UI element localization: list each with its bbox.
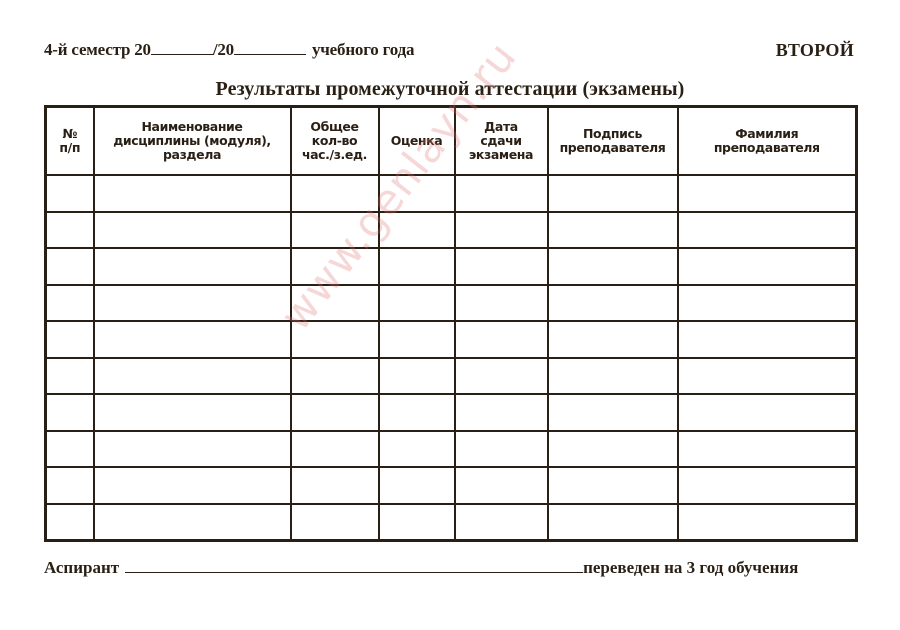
cell-hours[interactable] (291, 431, 379, 468)
year-start-field[interactable] (151, 40, 213, 55)
cell-hours[interactable] (291, 285, 379, 322)
cell-grade[interactable] (379, 175, 455, 212)
cell-teacher-signature[interactable] (548, 212, 678, 249)
cell-number[interactable] (46, 504, 94, 541)
student-name-field[interactable] (125, 557, 583, 573)
cell-discipline[interactable] (94, 248, 291, 285)
cell-exam-date[interactable] (455, 285, 548, 322)
cell-discipline[interactable] (94, 467, 291, 504)
cell-hours[interactable] (291, 467, 379, 504)
cell-grade[interactable] (379, 285, 455, 322)
cell-exam-date[interactable] (455, 212, 548, 249)
cell-hours[interactable] (291, 175, 379, 212)
academic-year-suffix: учебного года (312, 40, 414, 59)
cell-exam-date[interactable] (455, 248, 548, 285)
table-header-row: № п/п Наименование дисциплины (модуля), … (46, 107, 857, 176)
table-row (46, 285, 857, 322)
cell-number[interactable] (46, 467, 94, 504)
cell-discipline[interactable] (94, 504, 291, 541)
year-separator: /20 (213, 40, 234, 59)
exam-results-table: № п/п Наименование дисциплины (модуля), … (44, 105, 858, 542)
cell-teacher-surname[interactable] (678, 321, 857, 358)
footer-line: Аспирантпереведен на 3 год обучения (44, 557, 798, 578)
cell-teacher-signature[interactable] (548, 358, 678, 395)
cell-teacher-surname[interactable] (678, 358, 857, 395)
cell-teacher-signature[interactable] (548, 248, 678, 285)
cell-teacher-signature[interactable] (548, 504, 678, 541)
cell-hours[interactable] (291, 248, 379, 285)
page-title: Результаты промежуточной аттестации (экз… (0, 78, 900, 101)
cell-number[interactable] (46, 212, 94, 249)
table-row (46, 394, 857, 431)
cell-exam-date[interactable] (455, 394, 548, 431)
cell-grade[interactable] (379, 248, 455, 285)
cell-number[interactable] (46, 394, 94, 431)
cell-hours[interactable] (291, 321, 379, 358)
table-row (46, 321, 857, 358)
table-row (46, 358, 857, 395)
cell-grade[interactable] (379, 212, 455, 249)
cell-teacher-surname[interactable] (678, 212, 857, 249)
cell-exam-date[interactable] (455, 504, 548, 541)
cell-teacher-signature[interactable] (548, 321, 678, 358)
cell-grade[interactable] (379, 321, 455, 358)
cell-discipline[interactable] (94, 321, 291, 358)
table-row (46, 431, 857, 468)
cell-teacher-surname[interactable] (678, 431, 857, 468)
cell-teacher-surname[interactable] (678, 285, 857, 322)
cell-discipline[interactable] (94, 212, 291, 249)
table-row (46, 175, 857, 212)
column-header-teacher-surname: Фамилия преподавателя (678, 107, 857, 176)
semester-line: 4-й семестр 20/20учебного года (44, 40, 414, 60)
cell-hours[interactable] (291, 504, 379, 541)
cell-exam-date[interactable] (455, 321, 548, 358)
cell-teacher-signature[interactable] (548, 394, 678, 431)
cell-grade[interactable] (379, 394, 455, 431)
cell-number[interactable] (46, 358, 94, 395)
cell-number[interactable] (46, 248, 94, 285)
cell-teacher-surname[interactable] (678, 175, 857, 212)
cell-teacher-surname[interactable] (678, 504, 857, 541)
cell-discipline[interactable] (94, 431, 291, 468)
semester-prefix: 4-й семестр 20 (44, 40, 151, 59)
cell-teacher-signature[interactable] (548, 285, 678, 322)
table-row (46, 504, 857, 541)
cell-teacher-signature[interactable] (548, 467, 678, 504)
cell-teacher-surname[interactable] (678, 467, 857, 504)
table-body (46, 175, 857, 541)
cell-exam-date[interactable] (455, 431, 548, 468)
year-end-field[interactable] (234, 40, 306, 55)
column-header-hours: Общее кол-во час./з.ед. (291, 107, 379, 176)
column-header-exam-date: Дата сдачи экзамена (455, 107, 548, 176)
cell-number[interactable] (46, 431, 94, 468)
cell-teacher-signature[interactable] (548, 175, 678, 212)
cell-number[interactable] (46, 285, 94, 322)
cell-teacher-surname[interactable] (678, 394, 857, 431)
cell-teacher-signature[interactable] (548, 431, 678, 468)
cell-discipline[interactable] (94, 358, 291, 395)
cell-number[interactable] (46, 175, 94, 212)
cell-exam-date[interactable] (455, 358, 548, 395)
cell-teacher-surname[interactable] (678, 248, 857, 285)
cell-discipline[interactable] (94, 394, 291, 431)
column-header-grade: Оценка (379, 107, 455, 176)
cell-grade[interactable] (379, 358, 455, 395)
cell-grade[interactable] (379, 467, 455, 504)
column-header-teacher-signature: Подпись преподавателя (548, 107, 678, 176)
cell-grade[interactable] (379, 504, 455, 541)
student-label: Аспирант (44, 558, 119, 577)
table-row (46, 212, 857, 249)
cell-hours[interactable] (291, 394, 379, 431)
cell-hours[interactable] (291, 358, 379, 395)
cell-exam-date[interactable] (455, 175, 548, 212)
table-row (46, 248, 857, 285)
cell-number[interactable] (46, 321, 94, 358)
cell-discipline[interactable] (94, 285, 291, 322)
cell-discipline[interactable] (94, 175, 291, 212)
cell-hours[interactable] (291, 212, 379, 249)
column-header-number: № п/п (46, 107, 94, 176)
table-row (46, 467, 857, 504)
transfer-text: переведен на 3 год обучения (583, 558, 798, 577)
cell-grade[interactable] (379, 431, 455, 468)
cell-exam-date[interactable] (455, 467, 548, 504)
column-header-discipline: Наименование дисциплины (модуля), раздел… (94, 107, 291, 176)
sheet-label: ВТОРОЙ (776, 40, 854, 61)
